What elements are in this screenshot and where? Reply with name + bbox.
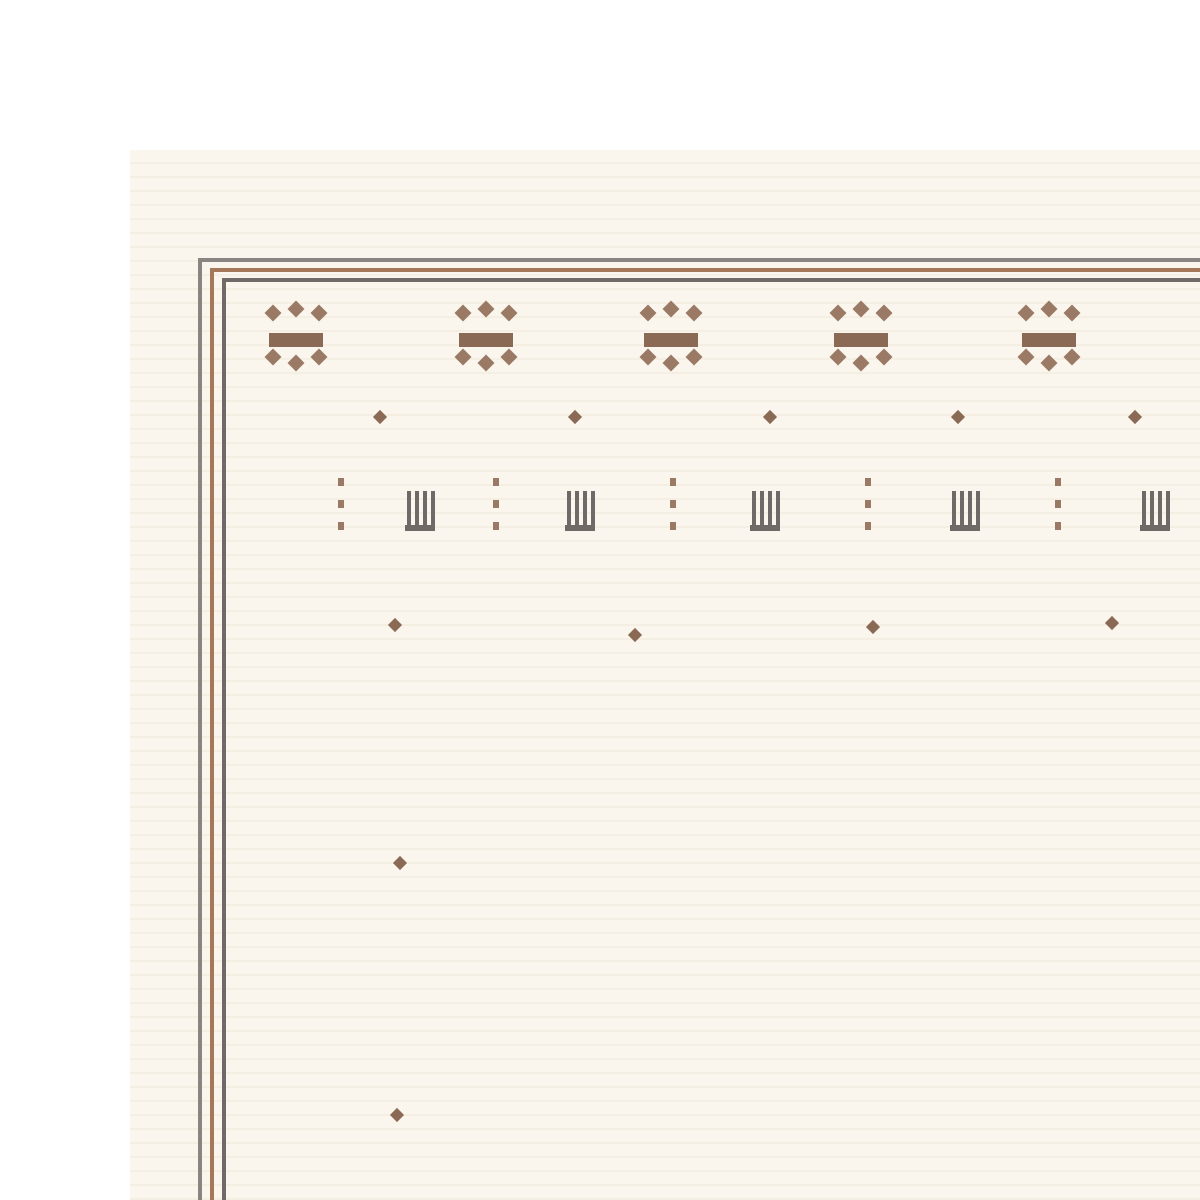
- vertical-motif: [1055, 478, 1061, 538]
- rug-border-inner: [222, 278, 1200, 1200]
- crown-motif: [830, 295, 892, 385]
- comb-motif: [950, 485, 980, 531]
- comb-motif: [750, 485, 780, 531]
- crown-motif: [1018, 295, 1080, 385]
- comb-motif: [1140, 485, 1170, 531]
- vertical-motif: [493, 478, 499, 538]
- crown-motif: [640, 295, 702, 385]
- vertical-motif: [670, 478, 676, 538]
- vertical-motif: [338, 478, 344, 538]
- crown-motif: [265, 295, 327, 385]
- comb-motif: [565, 485, 595, 531]
- crown-motif: [455, 295, 517, 385]
- vertical-motif: [865, 478, 871, 538]
- comb-motif: [405, 485, 435, 531]
